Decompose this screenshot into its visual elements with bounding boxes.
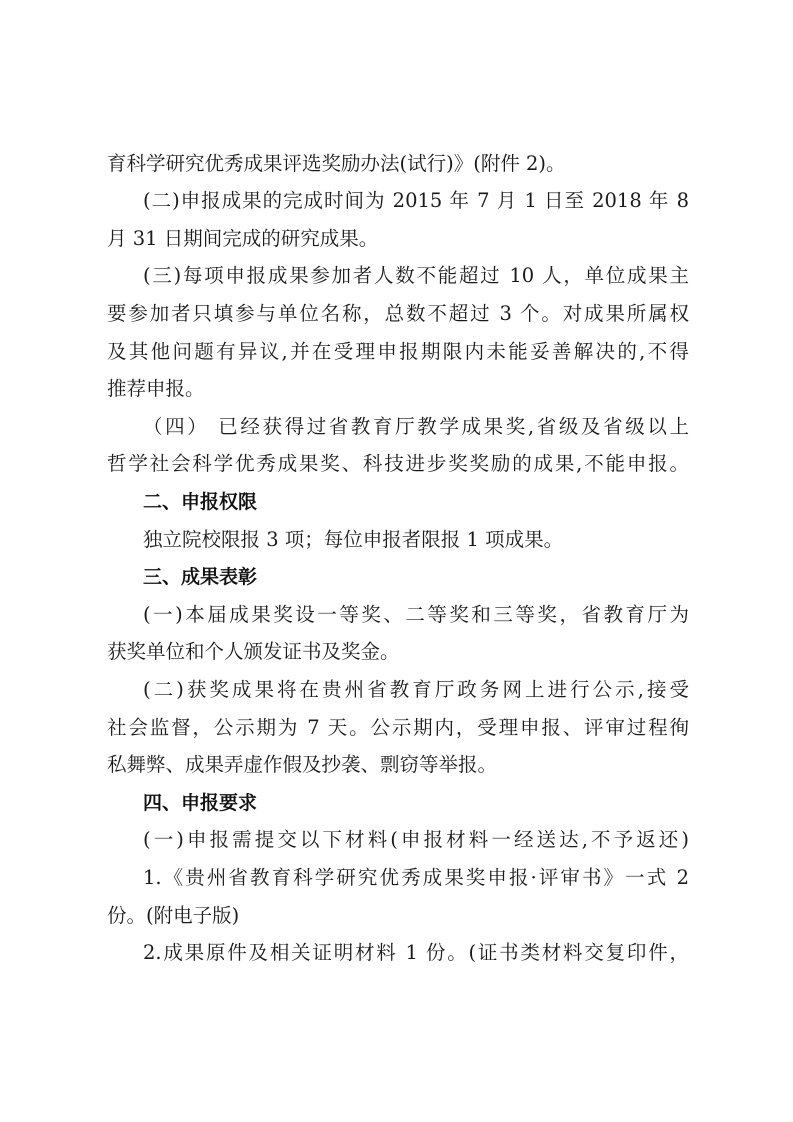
text-line: 育科学研究优秀成果评选奖励办法(试行)》(附件 2)。 <box>107 149 689 179</box>
text-line: 社会监督，公示期为 7 天。公示期内，受理申报、评审过程徇 <box>107 713 689 743</box>
section-heading: 四、申报要求 <box>143 788 689 818</box>
text-line: 推荐申报。 <box>107 374 689 404</box>
text-line: (二)申报成果的完成时间为 2015 年 7 月 1 日至 2018 年 8 <box>143 186 689 216</box>
text-line: 私舞弊、成果弄虚作假及抄袭、剽窃等举报。 <box>107 750 689 780</box>
section-heading: 二、申报权限 <box>143 487 689 517</box>
text-line: (三)每项申报成果参加者人数不能超过 10 人，单位成果主 <box>143 261 689 291</box>
text-line: 独立院校限报 3 项；每位申报者限报 1 项成果。 <box>143 525 689 555</box>
text-line: (一)申报需提交以下材料(申报材料一经送达,不予返还) <box>143 825 689 855</box>
section-heading: 三、成果表彰 <box>143 562 689 592</box>
text-line: 获奖单位和个人颁发证书及奖金。 <box>107 637 689 667</box>
text-line: 及其他问题有异议,并在受理申报期限内未能妥善解决的,不得 <box>107 337 689 367</box>
text-line: 月 31 日期间完成的研究成果。 <box>107 224 689 254</box>
text-line: (二)获奖成果将在贵州省教育厅政务网上进行公示,接受 <box>143 675 689 705</box>
text-line: 份。(附电子版) <box>107 901 689 931</box>
text-line: （四） 已经获得过省教育厅教学成果奖,省级及省级以上 <box>143 412 689 442</box>
text-line: 2.成果原件及相关证明材料 1 份。(证书类材料交复印件， <box>143 938 689 968</box>
text-line: 1.《贵州省教育科学研究优秀成果奖申报·评审书》一式 2 <box>143 863 689 893</box>
text-line: (一)本届成果奖设一等奖、二等奖和三等奖，省教育厅为 <box>143 600 689 630</box>
text-line: 哲学社会科学优秀成果奖、科技进步奖奖励的成果,不能申报。 <box>107 449 689 479</box>
text-line: 要参加者只填参与单位名称，总数不超过 3 个。对成果所属权 <box>107 299 689 329</box>
document-page: 育科学研究优秀成果评选奖励办法(试行)》(附件 2)。 (二)申报成果的完成时间… <box>0 0 793 1122</box>
